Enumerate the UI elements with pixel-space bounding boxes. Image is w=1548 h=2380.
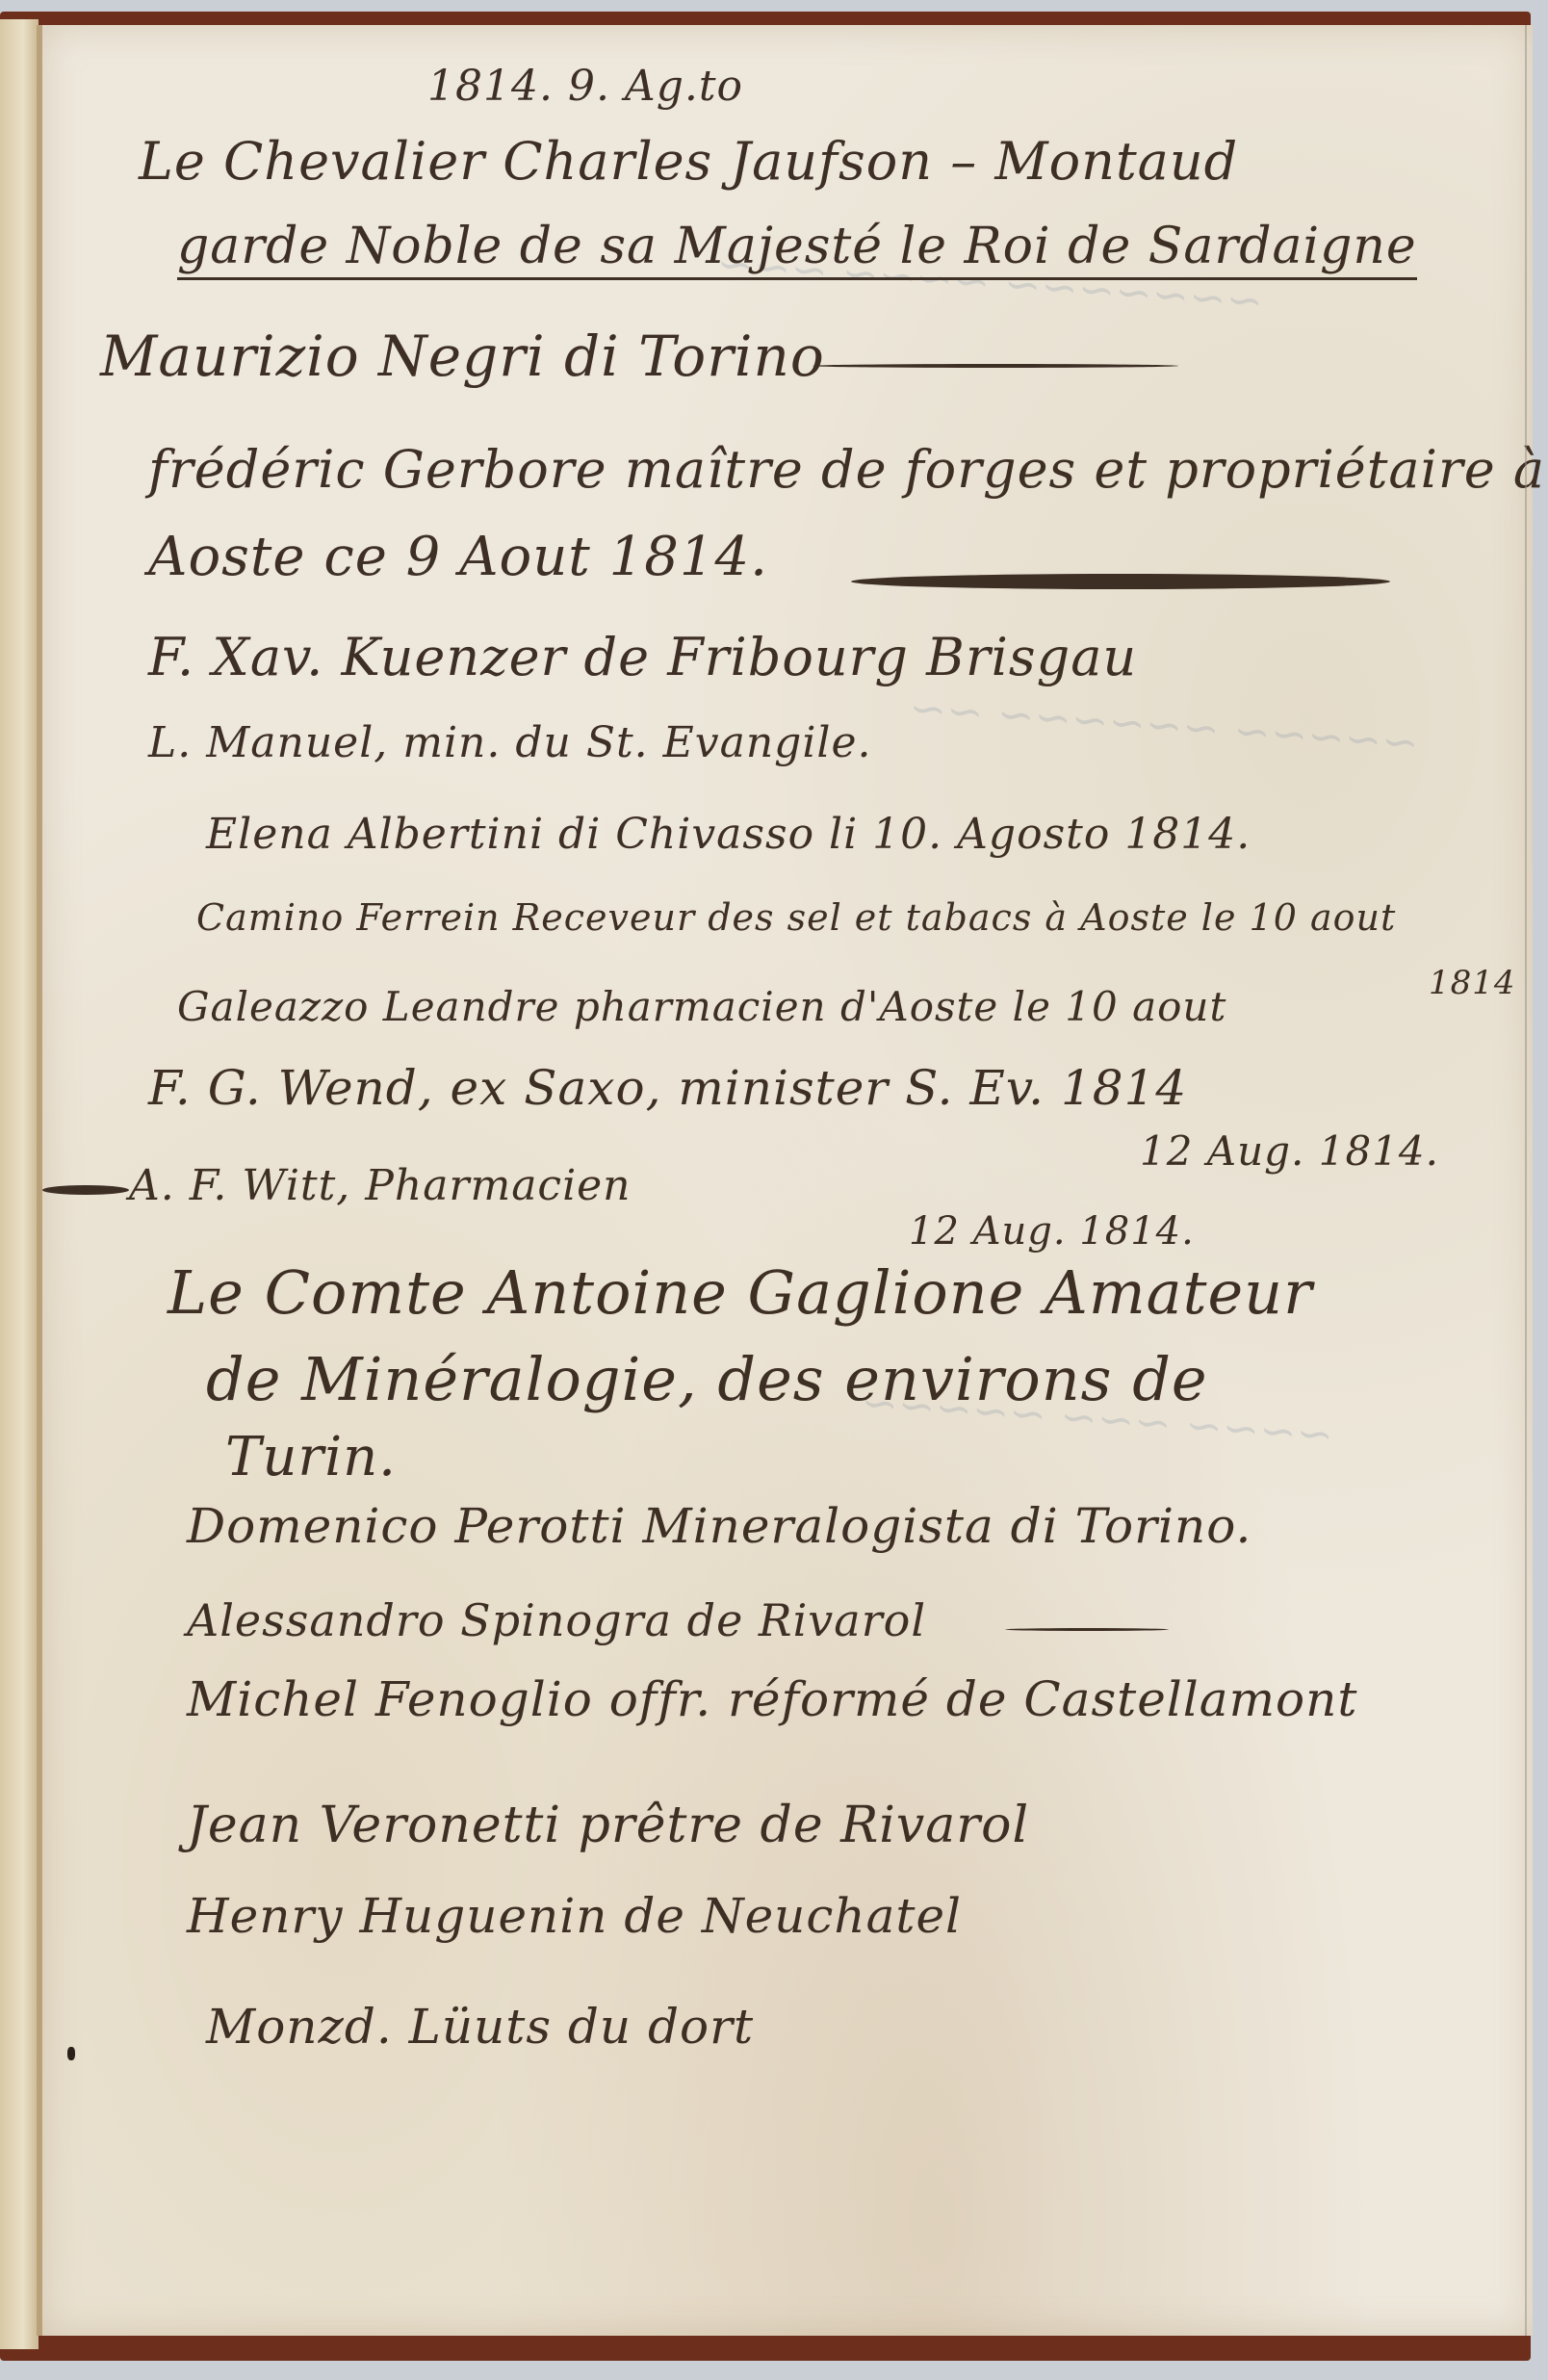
entry-line: Le Comte Antoine Gaglione Amateur xyxy=(168,1257,1313,1328)
entry-line: Camino Ferrein Receveur des sel et tabac… xyxy=(196,896,1396,939)
entry-line: F. Xav. Kuenzer de Fribourg Brisgau xyxy=(148,627,1137,687)
entry-date-header: 1814. 9. Ag.to xyxy=(427,62,743,111)
manuscript-page: ~~~~~~~ ~~~~ ~~~ ~~~~~ ~~~~~~ ~~ ~~~~ ~~… xyxy=(37,25,1533,2336)
entry-line: Monzd. Lüuts du dort xyxy=(206,1999,754,2055)
underline-flourish xyxy=(1005,1628,1169,1631)
entry-line: Le Chevalier Charles Jaufson – Montaud xyxy=(139,131,1238,192)
entry-line: garde Noble de sa Majesté le Roi de Sard… xyxy=(177,218,1417,280)
entry-date: 12 Aug. 1814. xyxy=(909,1209,1195,1254)
entry-line: Galeazzo Leandre pharmacien d'Aoste le 1… xyxy=(177,983,1226,1030)
entry-line: frédéric Gerbore maître de forges et pro… xyxy=(148,439,1545,500)
entry-line: Aoste ce 9 Aout 1814. xyxy=(148,526,768,588)
entry-line: Elena Albertini di Chivasso li 10. Agost… xyxy=(206,810,1251,859)
entry-line: de Minéralogie, des environs de xyxy=(206,1344,1208,1414)
entry-line: A. F. Witt, Pharmacien xyxy=(129,1161,632,1210)
entry-line: Domenico Perotti Mineralogista di Torino… xyxy=(187,1498,1251,1554)
entry-line: L. Manuel, min. du St. Evangile. xyxy=(148,718,872,767)
entry-line: Jean Veronetti prêtre de Rivarol xyxy=(187,1797,1029,1854)
entry-line: Alessandro Spinogra de Rivarol xyxy=(187,1594,926,1646)
entry-line: Turin. xyxy=(225,1426,397,1488)
entry-line: Michel Fenoglio offr. réformé de Castell… xyxy=(187,1671,1357,1727)
entry-year: 1814 xyxy=(1429,964,1516,1002)
underline-flourish xyxy=(813,364,1178,368)
page-fold-line xyxy=(1525,25,1527,2336)
page-stack-edge xyxy=(0,19,39,2349)
ink-spot xyxy=(67,2047,75,2060)
ink-smudge xyxy=(42,1185,129,1195)
entry-line: Henry Huguenin de Neuchatel xyxy=(187,1888,962,1944)
ink-flourish xyxy=(851,574,1390,589)
entry-line: F. G. Wend, ex Saxo, minister S. Ev. 181… xyxy=(148,1060,1187,1116)
entry-line: Maurizio Negri di Torino xyxy=(100,323,825,389)
bleed-through-text: ~~~~~ ~~~~~~ ~~ xyxy=(908,682,1421,769)
entry-date: 12 Aug. 1814. xyxy=(1140,1127,1439,1175)
